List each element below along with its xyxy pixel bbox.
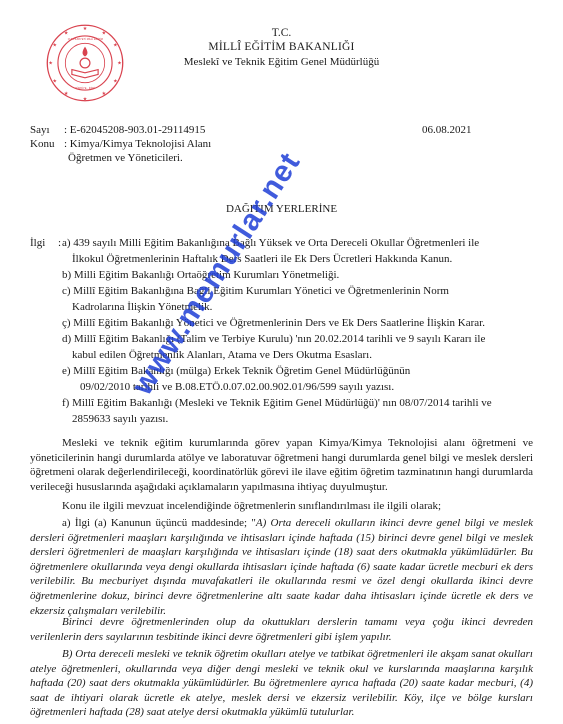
body-paragraph-konu-text: Konu ile ilgili mevzuat incelendiğinde ö… <box>62 500 441 512</box>
body-paragraph-intro-text: Mesleki ve teknik eğitim kurumlarında gö… <box>30 437 533 493</box>
ilgi-label: İlgi <box>30 236 45 250</box>
body-paragraph-intro: Mesleki ve teknik eğitim kurumlarında gö… <box>30 436 533 494</box>
body-paragraph-kanun-quote: a) İlgi (a) Kanunun üçüncü maddesinde; "… <box>30 516 533 618</box>
kanun-quote-text: A) Orta dereceli okulların ikinci devre … <box>30 517 533 617</box>
svg-text:★: ★ <box>52 79 57 85</box>
svg-text:★: ★ <box>113 79 118 85</box>
konu-value-cont: Öğretmen ve Yöneticileri. <box>68 151 183 165</box>
konu-label: Konu <box>30 137 64 151</box>
konu-value: : Kimya/Kimya Teknolojisi Alanı <box>64 138 211 150</box>
ref-f-line2: 2859633 sayılı yazısı. <box>72 411 168 427</box>
document-page: ★ ★ ★ ★ ★ ★ ★ ★ ★ ★ ★ ★ CUMHURİYETİ MİLL… <box>0 0 563 724</box>
ref-a-line2: İlkokul Öğretmenlerinin Haftalık Ders Sa… <box>72 251 452 267</box>
ref-c-cedilla: ç) Millî Eğitim Bakanlığı Yönetici ve Öğ… <box>62 315 485 331</box>
ref-a-line1: a) 439 sayılı Milli Eğitim Bakanlığına B… <box>62 235 479 251</box>
ref-f-line1: f) Millî Eğitim Bakanlığı (Mesleki ve Te… <box>62 395 492 411</box>
svg-text:★: ★ <box>102 91 107 97</box>
ref-d-line1: d) Millî Eğitim Bakanlığı (Talim ve Terb… <box>62 331 485 347</box>
header-directorate: Meslekî ve Teknik Eğitim Genel Müdürlüğü <box>0 55 563 70</box>
sayi-label: Sayı <box>30 123 64 137</box>
body-paragraph-konu: Konu ile ilgili mevzuat incelendiğinde ö… <box>30 499 533 514</box>
kanun-quote-lead: a) İlgi (a) Kanunun üçüncü maddesinde; " <box>62 517 256 529</box>
header-tc: T.C. <box>0 26 563 41</box>
ilgi-colon: : <box>58 236 61 250</box>
svg-text:★: ★ <box>83 97 88 103</box>
document-date: 06.08.2021 <box>422 123 472 137</box>
ref-d-line2: kabul edilen Öğretmenlik Alanları, Atama… <box>72 347 372 363</box>
sayi-row: Sayı: E-62045208-903.01-29114915 <box>30 123 205 137</box>
body-paragraph-b-clause: B) Orta dereceli mesleki ve teknik öğret… <box>30 647 533 720</box>
sayi-value: : E-62045208-903.01-29114915 <box>64 124 205 136</box>
birinci-devre-text: Birinci devre öğretmenlerinden olup da o… <box>30 616 533 643</box>
header-ministry: MİLLÎ EĞİTİM BAKANLIĞI <box>0 40 563 55</box>
b-clause-text: B) Orta dereceli mesleki ve teknik öğret… <box>30 648 533 718</box>
svg-text:TÜRKİYE · İDİRİ: TÜRKİYE · İDİRİ <box>75 85 95 90</box>
ref-c-line1: c) Millî Eğitim Bakanlığına Bağli Eğitim… <box>62 283 449 299</box>
body-paragraph-birinci-devre: Birinci devre öğretmenlerinden olup da o… <box>30 615 533 644</box>
ref-e-line1: e) Millî Eğitim Bakanlığı (mülga) Erkek … <box>62 363 410 379</box>
svg-text:★: ★ <box>64 91 69 97</box>
konu-row: Konu: Kimya/Kimya Teknolojisi Alanı <box>30 137 211 151</box>
